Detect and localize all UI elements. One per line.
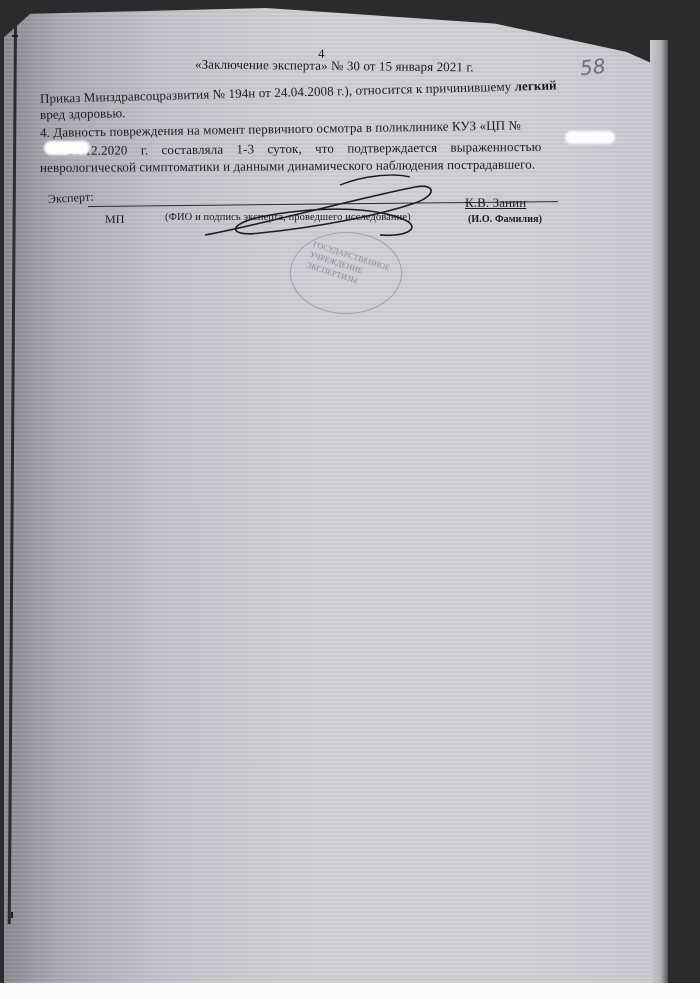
body-text-bold: легкий [514,77,556,93]
redaction-mark [44,141,90,155]
stamp-place-label: МП [105,212,125,227]
redaction-mark [565,131,615,144]
scan-margin [0,983,700,999]
document-header: «Заключение эксперта» № 30 от 15 января … [195,57,474,76]
binding-mark [11,912,13,918]
name-caption: (И.О. Фамилия) [468,214,542,225]
expert-label: Эксперт: [48,190,94,207]
handwritten-sheet-number: 58 [579,54,607,81]
binding-mark [12,35,18,37]
body-line-2: вред здоровью. [40,105,126,123]
expert-name: К.В. Занин [465,195,526,211]
page-stack-edge [650,40,668,985]
